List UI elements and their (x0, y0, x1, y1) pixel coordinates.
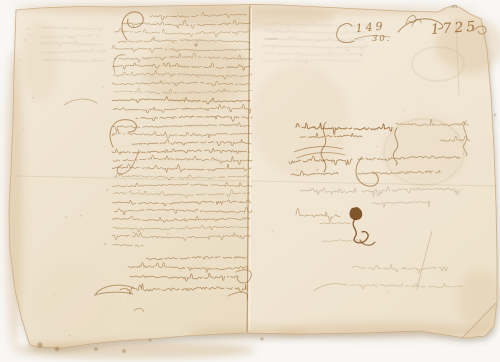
speckle (238, 19, 239, 20)
speckle (58, 194, 59, 195)
speckle (142, 108, 143, 109)
speckle (28, 28, 30, 30)
edge-spot (55, 347, 59, 351)
speckle (180, 270, 182, 272)
speckle (51, 27, 52, 28)
stain (5, 50, 23, 350)
speckle (284, 309, 285, 310)
speckle (331, 162, 333, 164)
speckle (454, 239, 455, 240)
edge-spot (149, 339, 152, 342)
speckle (167, 233, 169, 235)
speckle (120, 289, 122, 291)
speckle (462, 153, 464, 155)
speckle (23, 129, 24, 130)
speckle (113, 235, 114, 236)
speckle (307, 137, 308, 138)
stain (252, 65, 348, 175)
corner-pencil-mark: oa (451, 4, 458, 10)
speckle (72, 118, 73, 119)
speckle (133, 232, 135, 234)
speckle (69, 335, 71, 337)
speckle (200, 183, 201, 184)
speckle (65, 216, 67, 218)
speckle (208, 170, 210, 172)
speckle (402, 110, 404, 112)
edge-spot (37, 342, 42, 347)
speckle (206, 187, 207, 188)
stain (15, 341, 255, 359)
speckle (356, 164, 357, 165)
speckle (296, 169, 298, 171)
speckle (377, 146, 378, 147)
speckle (184, 218, 186, 220)
speckle (403, 267, 405, 269)
speckle (422, 99, 423, 100)
speckle (389, 259, 390, 260)
stain (143, 38, 247, 106)
speckle (80, 215, 82, 217)
edge-spot (122, 349, 126, 353)
speckle (164, 80, 165, 81)
stain (32, 260, 112, 340)
speckle (374, 72, 375, 73)
edge-spot (261, 338, 264, 341)
speckle (347, 50, 349, 52)
speckle (32, 97, 34, 99)
speckle (119, 298, 121, 300)
edge-spot (194, 43, 197, 46)
speckle (104, 243, 106, 245)
speckle (236, 256, 238, 258)
speckle (208, 238, 210, 240)
year-mark: 1725 (430, 19, 479, 38)
speckle (360, 54, 362, 56)
speckle (266, 192, 267, 193)
speckle (230, 152, 232, 154)
speckle (155, 171, 156, 172)
speckle (61, 267, 62, 268)
speckle (387, 292, 388, 293)
speckle (306, 61, 308, 63)
speckle (196, 307, 197, 308)
speckle (24, 39, 26, 41)
speckle (153, 116, 155, 118)
stain (275, 323, 495, 339)
stain (240, 6, 480, 14)
foliation-upper: 149 (355, 19, 386, 35)
speckle (271, 231, 273, 233)
speckle (94, 112, 95, 113)
stain (22, 20, 58, 100)
speckle (54, 294, 55, 295)
speckle (106, 189, 108, 191)
photo-backdrop: 149 30. 1725 oa (0, 0, 500, 362)
speckle (174, 211, 175, 212)
speckle (102, 86, 104, 88)
foliation-lower: 30. (372, 34, 392, 44)
edge-spot (94, 347, 98, 351)
manuscript-photo: 149 30. 1725 oa (0, 0, 500, 362)
edge-spot (494, 114, 496, 116)
speckle (138, 190, 140, 192)
speckle (20, 59, 22, 61)
stain (188, 327, 308, 339)
speckle (217, 255, 218, 256)
speckle (90, 25, 92, 27)
speckle (316, 169, 318, 171)
stain (15, 4, 245, 13)
